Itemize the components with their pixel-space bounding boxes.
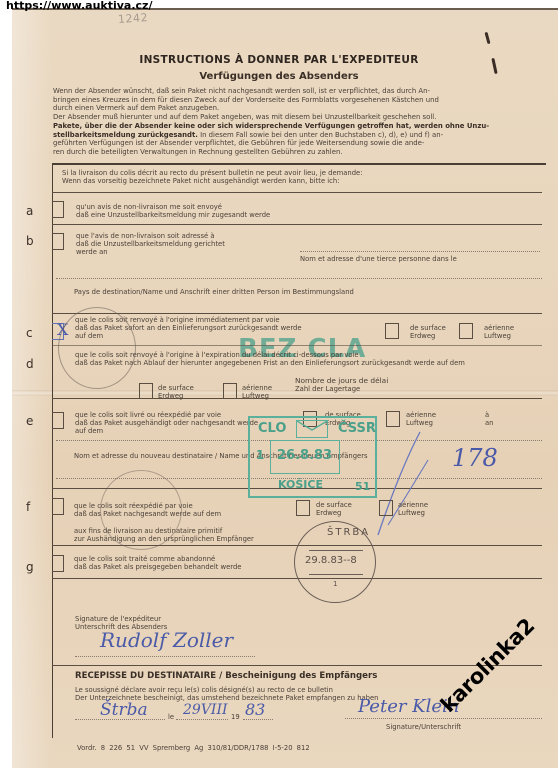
checkbox-c-air[interactable] [459, 323, 473, 339]
option-e-fr: que le colis soit livré ou réexpédié par… [75, 411, 221, 419]
receipt-year: 83 [245, 700, 265, 719]
intro-line: ren durch die beteiligten Verwaltungen i… [53, 148, 523, 157]
days-label-fr: Nombre de jours de délai [295, 377, 388, 385]
country-label: Pays de destination/Name und Anschrift e… [74, 288, 354, 296]
air-fr: aérienne [406, 411, 436, 419]
checkbox-f[interactable] [52, 498, 64, 515]
option-b-de: daß die Unzustellbarkeitsmeldung gericht… [76, 240, 225, 248]
option-a-de: daß eine Unzustellbarkeitsmeldung mir zu… [76, 211, 270, 219]
customs-city: KOŠICE [278, 478, 323, 491]
air-de: Luftweg [398, 509, 425, 517]
faded-postmark [100, 470, 182, 550]
surface-de: Erdweg [410, 332, 435, 340]
intro-bold: Pakete, über die der Absender keine oder… [53, 122, 489, 130]
customs-num: 1 [256, 448, 264, 462]
pencil-number: 1242 [118, 11, 149, 26]
checkbox-a[interactable] [52, 201, 64, 218]
postmark-bar [309, 550, 363, 551]
recipient-signature-label: Signature/Unterschrift [386, 723, 461, 731]
to-de: an [485, 419, 493, 427]
third-party-address-field[interactable] [300, 251, 540, 252]
option-e-de2: auf dem [75, 427, 103, 435]
checkbox-c-surface[interactable] [385, 323, 399, 339]
receipt-title: RECEPISSE DU DESTINATAIRE / Bescheinigun… [75, 672, 377, 680]
sender-signature-label-fr: Signature de l'expéditeur [75, 615, 161, 623]
postmark-date: 29.8.83--8 [305, 555, 357, 566]
sender-signature-line[interactable] [75, 656, 255, 657]
receipt-place: Štrba [100, 700, 148, 720]
page-title: INSTRUCTIONS À DONNER PAR L'EXPEDITEUR [0, 54, 558, 66]
receipt-place-field[interactable] [75, 719, 165, 720]
option-letter-b: b [26, 234, 34, 248]
air-fr: aérienne [398, 501, 428, 509]
option-letter-c: c [26, 326, 33, 340]
customs-label-clo: CLO [258, 421, 286, 436]
air-fr: aérienne [242, 384, 272, 392]
handwritten-number: 178 [452, 444, 498, 472]
recipient-signature-line[interactable] [345, 718, 542, 719]
checkbox-f-surface[interactable] [296, 500, 310, 516]
intro-line: bringen eines Kreuzes in dem für diesen … [53, 96, 523, 105]
air-de: Luftweg [406, 419, 433, 427]
receipt-year-field[interactable] [243, 719, 273, 720]
option-b-de2: werde an [76, 248, 108, 256]
page-subtitle: Verfügungen des Absenders [0, 71, 558, 82]
surface-fr: de surface [410, 324, 446, 332]
faded-postmark [58, 307, 136, 389]
divider [52, 224, 542, 225]
option-letter-g: g [26, 560, 34, 574]
checkbox-e[interactable] [52, 412, 64, 429]
sender-signature: Rudolf Zoller [100, 628, 233, 652]
days-label-de: Zahl der Lagertage [295, 385, 360, 393]
air-fr: aérienne [484, 324, 514, 332]
to-fr: à [485, 411, 489, 419]
option-e-de: daß das Paket ausgehändigt oder nachgesa… [75, 419, 258, 427]
surface-fr: de surface [316, 501, 352, 509]
intro-line: Der Absender muß hierunter und auf dem P… [53, 113, 523, 122]
fold-crease [12, 390, 558, 396]
option-b-fr: que l'avis de non-livraison soit adressé… [76, 232, 215, 240]
strba-postmark: 29.8.83--8 ŠTRBA 1 [294, 521, 376, 603]
divider [52, 313, 542, 314]
checkbox-f-air[interactable] [379, 500, 393, 516]
option-g-fr: que le colis soit traité comme abandonné [74, 555, 215, 563]
country-field[interactable] [56, 278, 542, 279]
air-de: Luftweg [484, 332, 511, 340]
request-fr: Si la livraison du colis décrit au recto… [62, 169, 363, 177]
request-de: Wenn das vorseitig bezeichnete Paket nic… [62, 177, 340, 185]
checkbox-b[interactable] [52, 233, 64, 250]
receipt-le: le [168, 713, 174, 721]
option-g-de: daß das Paket als preisgegeben behandelt… [74, 563, 241, 571]
customs-code: 51 [355, 480, 370, 493]
option-letter-e: e [26, 414, 33, 428]
intro-line: durch einen Vermerk auf dem Paket anzuge… [53, 104, 523, 113]
postmark-city: ŠTRBA [327, 527, 370, 538]
intro-line: geführten Verfügungen ist der Absender v… [53, 139, 523, 148]
divider [52, 192, 542, 193]
intro-line: Wenn der Absender wünscht, daß sein Pake… [53, 87, 523, 96]
customs-stamp: CLO ČSSR 1 26.8.83 KOŠICE 51 [248, 416, 377, 498]
receipt-fr: Le soussigné déclare avoir reçu le(s) co… [75, 686, 333, 694]
option-letter-f: f [26, 500, 30, 514]
option-a-fr: qu'un avis de non-livraison me soit envo… [76, 203, 222, 211]
customs-date: 26.8.83 [277, 448, 332, 463]
source-url-watermark: https://www.auktiva.cz/ [6, 0, 152, 12]
checkbox-d-air[interactable] [223, 383, 237, 399]
surface-fr: de surface [158, 384, 194, 392]
checkbox-d-surface[interactable] [139, 383, 153, 399]
postmark-sub: 1 [333, 580, 337, 588]
postmark-bar [309, 574, 363, 575]
receipt-year-prefix: 19 [231, 713, 240, 721]
instructions-paragraph: Wenn der Absender wünscht, daß sein Pake… [53, 87, 523, 157]
checkbox-e-air[interactable] [386, 411, 400, 427]
intro-bold: stellbarkeitsmeldung zurückgesandt. [53, 131, 198, 139]
form-top-border [52, 163, 546, 165]
form-footer: Vordr. 8 226 51 VV Spremberg Ag 310/81/D… [77, 744, 310, 752]
option-letter-d: d [26, 357, 34, 371]
envelope-icon [296, 420, 328, 438]
checkbox-g[interactable] [52, 555, 64, 572]
third-party-label: Nom et adresse d'une tierce personne dan… [300, 255, 457, 263]
customs-label-cssr: ČSSR [338, 421, 376, 436]
intro-line: In diesem Fall sowie bei den unter den B… [198, 131, 443, 139]
option-letter-a: a [26, 204, 33, 218]
receipt-date: 29VIII [183, 702, 228, 718]
receipt-date-field[interactable] [176, 719, 228, 720]
pen-slash-mark [370, 430, 430, 540]
divider [52, 398, 542, 399]
surface-de: Erdweg [316, 509, 341, 517]
